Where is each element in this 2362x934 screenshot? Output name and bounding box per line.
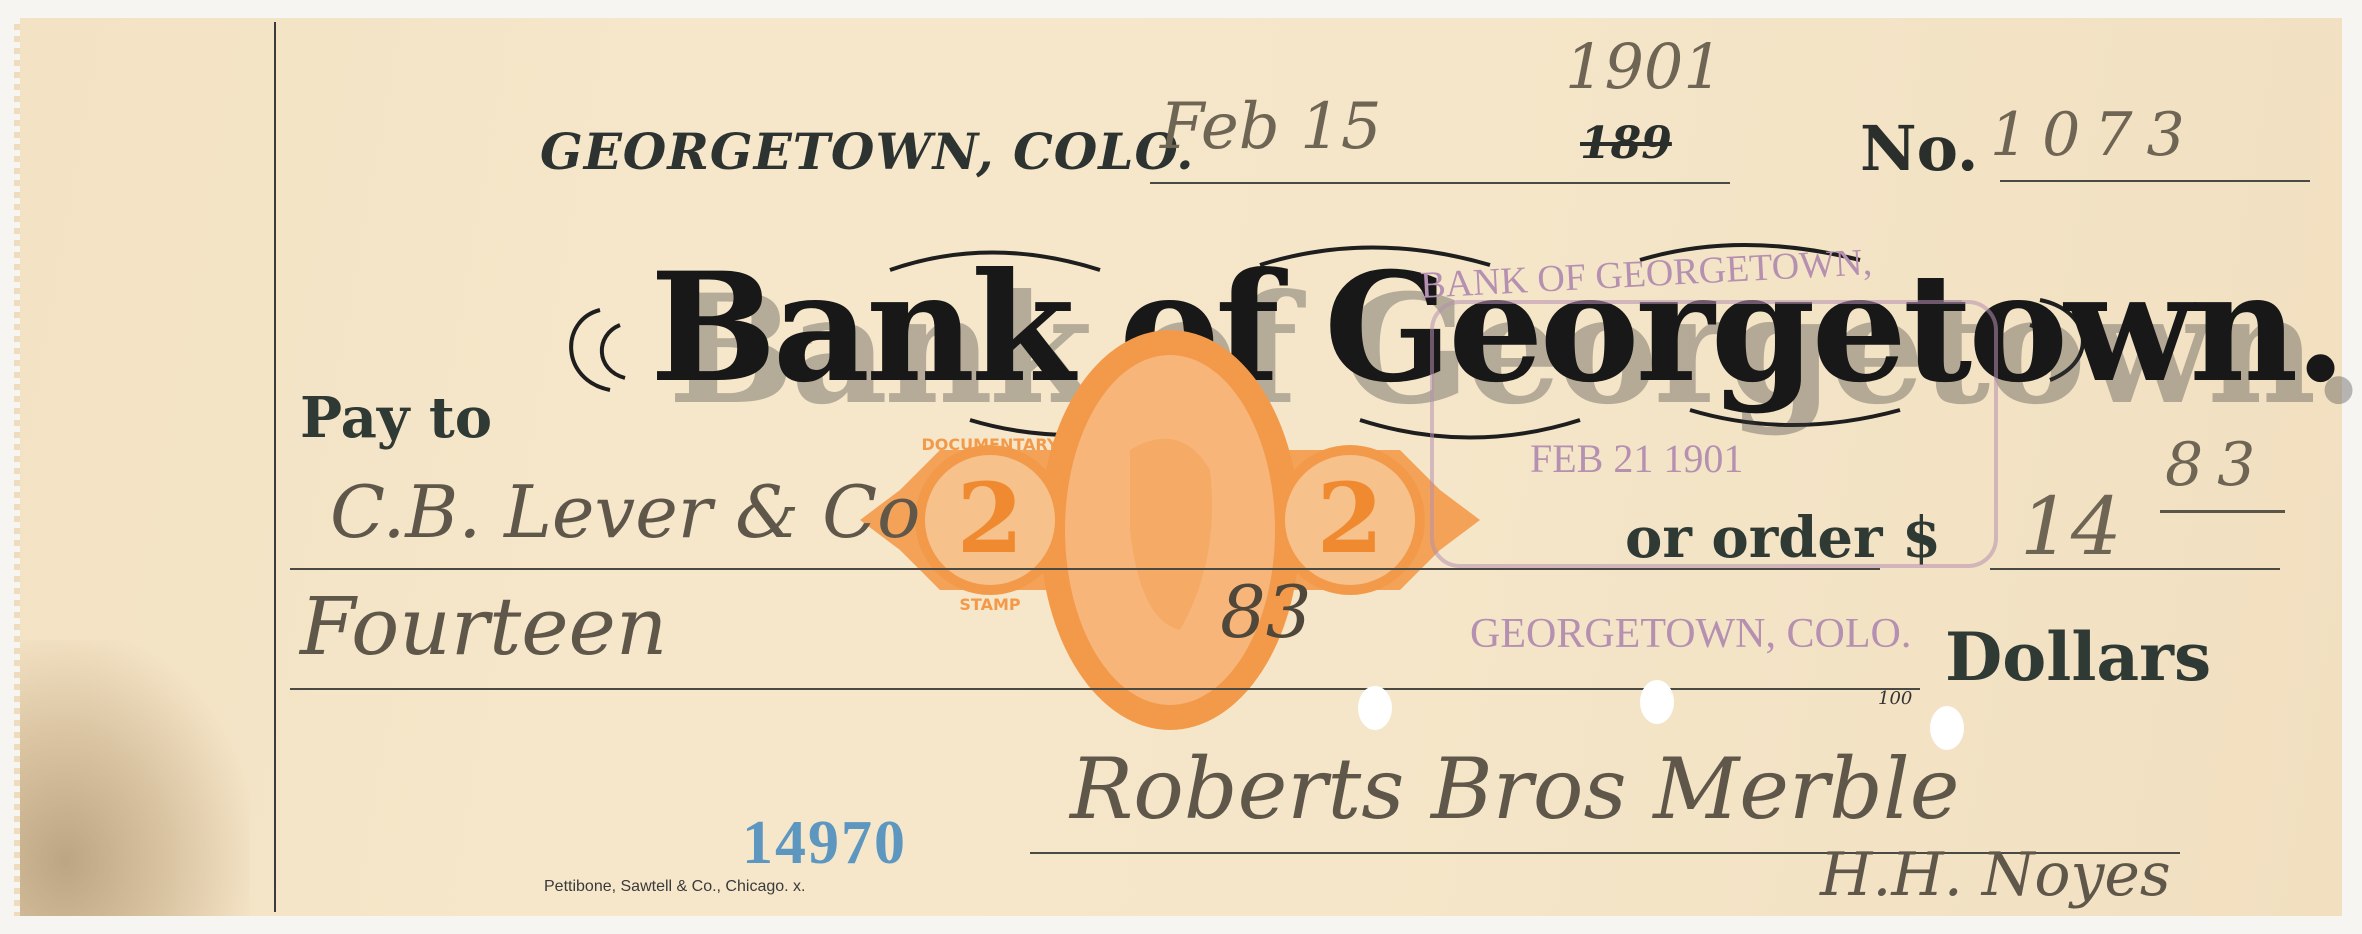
paid-stamp-bottom: GEORGETOWN, COLO. (1470, 610, 1911, 658)
svg-text:DOCUMENTARY: DOCUMENTARY (922, 435, 1059, 454)
paid-stamp-date: FEB 21 1901 (1530, 435, 1743, 482)
printer-imprint: Pettibone, Sawtell & Co., Chicago. x. (544, 878, 805, 896)
check-number: 1073 (1990, 100, 2199, 170)
number-label: No. (1860, 112, 1979, 185)
date-line (1150, 182, 1730, 184)
dollars-label: Dollars (1945, 618, 2211, 696)
svg-text:STAMP: STAMP (959, 595, 1021, 614)
signature-second: H.H. Noyes (1820, 840, 2171, 910)
amount-words-line (290, 688, 1920, 690)
amount-cents: 83 (2165, 430, 2269, 500)
location-heading: GEORGETOWN, COLO. (540, 122, 1195, 181)
date-written: Feb 15 (1160, 90, 1382, 164)
water-stain (20, 640, 250, 916)
revenue-stamp: 2 2 DOCUMENTARY STAMP (860, 330, 1480, 730)
stamp-denomination-left: 2 (957, 462, 1024, 575)
year-written: 1901 (1565, 30, 1723, 103)
payee-line (290, 568, 1880, 570)
cancel-hole (1358, 686, 1392, 730)
paid-stamp-frame (1430, 300, 1998, 568)
pay-to-label: Pay to (300, 385, 492, 451)
cents-underline (2160, 510, 2285, 513)
cancel-hole (1640, 680, 1674, 724)
cents-denominator: 100 (1878, 688, 1912, 709)
signature: Roberts Bros Merble (1070, 740, 1960, 838)
stub-divider (274, 22, 276, 912)
stamp-denomination-right: 2 (1317, 462, 1384, 575)
payee-name: C.B. Lever & Co (330, 470, 921, 554)
amount-words: Fourteen (300, 580, 667, 673)
year-printed: 189 (1580, 118, 1672, 169)
amount-words-cents: 83 (1220, 570, 1312, 654)
stamped-serial: 14970 (742, 808, 907, 879)
amount-line (1990, 568, 2280, 570)
amount-numeric: 14 (2020, 480, 2122, 573)
number-line (2000, 180, 2310, 182)
